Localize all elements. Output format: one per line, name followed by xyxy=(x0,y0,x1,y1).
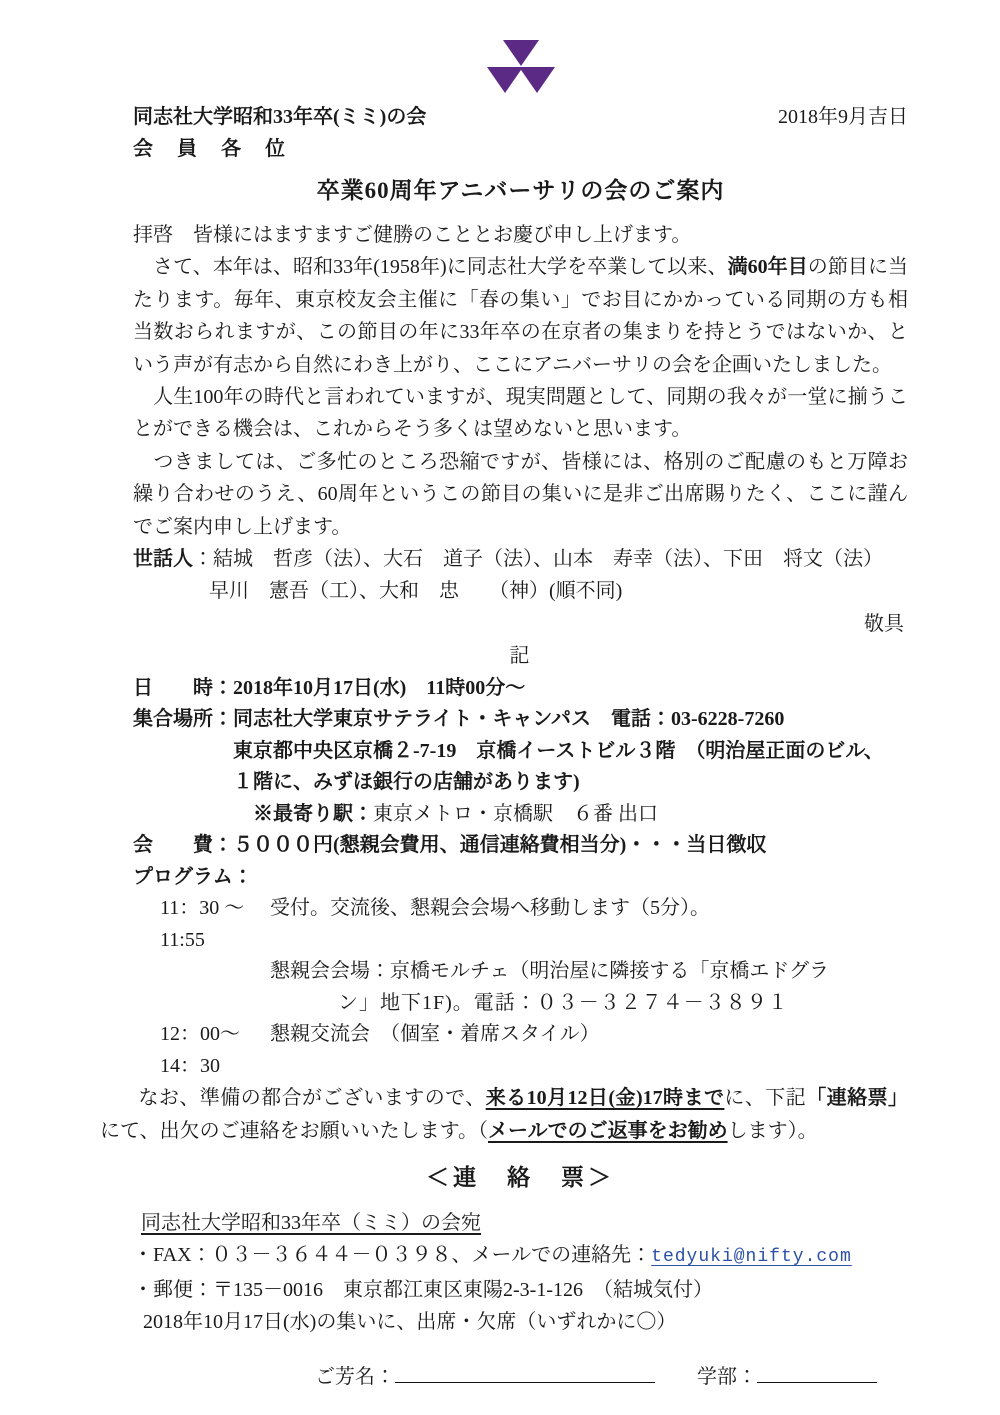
organizers-line-1: 世話人：結城 哲彦（法）、大石 道子（法）、山本 寿幸（法）、下田 将文（法） xyxy=(133,543,908,575)
detail-datetime: 日 時：2018年10月17日(水) 11時00分～ xyxy=(133,673,908,705)
doshisha-triangles-logo-icon xyxy=(487,40,555,93)
program-row-party: 12：00～14：30 懇親交流会 （個室・着席スタイル） xyxy=(133,1019,908,1082)
triangle-top-icon xyxy=(503,40,539,66)
contact-postal-line: ・郵便：〒135－0016 東京都江東区東陽2-3-1-126 （結城気付） xyxy=(133,1274,908,1306)
document-date: 2018年9月吉日 xyxy=(778,101,908,133)
contact-addressed-to-text: 同志社大学昭和33年卒（ミミ）の会宛 xyxy=(141,1212,481,1234)
program-row-reception: 11：30 ～ 11:55 受付。交流後、懇親会会場へ移動します（5分）。 xyxy=(133,893,908,956)
program-time-1: 11：30 ～ 11:55 xyxy=(160,893,270,956)
contact-fax-email-line: ・FAX：０３－３６４４－０３９８、メールでの連絡先：tedyuki@nifty… xyxy=(133,1239,908,1273)
paragraph-invitation-request: つきましては、ご多忙のところ恐縮ですが、皆様には、格別のご配慮のもと万障お繰り合… xyxy=(133,446,908,543)
detail-address-line-1: 東京都中央区京橋２-7-19 京橋イーストビル３階 （明治屋正面のビル、 xyxy=(133,736,908,768)
paragraph-life-100: 人生100年の時代と言われていますが、現実問題として、同期の我々が一堂に揃うこと… xyxy=(133,381,908,446)
sender-org: 同志社大学昭和33年卒(ミミ)の会 xyxy=(133,101,426,133)
greeting-paragraph: 拝啓 皆様にはますますご健勝のこととお慶び申し上げます。 xyxy=(133,219,908,251)
attendance-choice-line: 2018年10月17日(水)の集いに、出席・欠席（いずれかに〇） xyxy=(133,1306,908,1338)
program-schedule: 11：30 ～ 11:55 受付。交流後、懇親会会場へ移動します（5分）。 懇親… xyxy=(133,893,908,1082)
page-title: 卒業60周年アニバーサリの会のご案内 xyxy=(133,173,908,209)
program-time-2: 12：00～14：30 xyxy=(160,1019,270,1082)
header: 同志社大学昭和33年卒(ミミ)の会 2018年9月吉日 xyxy=(133,101,908,133)
contact-sheet-heading: ＜連 絡 票＞ xyxy=(133,1159,908,1197)
paragraph-anniversary: さて、本年は、昭和33年(1958年)に同志社大学を卒業して以来、満60年目の節… xyxy=(133,251,908,381)
event-details: 日 時：2018年10月17日(水) 11時00分～ 集合場所：同志社大学東京サ… xyxy=(133,673,908,894)
contact-addressed-to: 同志社大学昭和33年卒（ミミ）の会宛 xyxy=(133,1207,908,1239)
detail-address-line-2: １階に、みずほ銀行の店舗があります) xyxy=(133,767,908,799)
contact-sheet: 同志社大学昭和33年卒（ミミ）の会宛 ・FAX：０３－３６４４－０３９８、メール… xyxy=(133,1207,908,1339)
addressee: 会 員 各 位 xyxy=(133,133,908,165)
email-link[interactable]: tedyuki@nifty.com xyxy=(651,1247,852,1267)
triangle-left-icon xyxy=(487,67,523,93)
program-venue-line-1: 懇親会会場：京橋モルチェ（明治屋に隣接する「京橋エドグラ xyxy=(133,956,908,988)
detail-program-label: プログラム： xyxy=(133,862,908,894)
detail-nearest-station: ※最寄り駅：東京メトロ・京橋駅 ６番 出口 xyxy=(133,799,908,831)
organizers-line-2: 早川 憲吾（工）、大和 忠 （神）(順不同) xyxy=(133,575,908,607)
program-desc-1: 受付。交流後、懇親会会場へ移動します（5分）。 xyxy=(270,893,908,956)
triangle-right-icon xyxy=(519,67,555,93)
detail-fee: 会 費：５０００円(懇親会費用、通信連絡費相当分)・・・当日徴収 xyxy=(133,830,908,862)
name-label: ご芳名： xyxy=(315,1366,395,1388)
record-marker-ki: 記 xyxy=(133,640,908,672)
document-page: 同志社大学昭和33年卒(ミミ)の会 2018年9月吉日 会 員 各 位 卒業60… xyxy=(0,0,1000,1415)
department-blank-field xyxy=(757,1362,877,1383)
program-venue-line-2: ン」地下1F)。電話：０３－３２７４－３８９１ xyxy=(133,988,908,1020)
program-desc-2: 懇親交流会 （個室・着席スタイル） xyxy=(270,1019,908,1082)
name-blank-field xyxy=(395,1362,655,1383)
department-label: 学部： xyxy=(697,1366,757,1388)
detail-meeting-place: 集合場所：同志社大学東京サテライト・キャンパス 電話：03-6228-7260 xyxy=(133,704,908,736)
closing-keigu: 敬具 xyxy=(133,608,908,640)
rsvp-deadline-paragraph: なお、準備の都合がございますので、来る10月12日(金)17時までに、下記「連絡… xyxy=(100,1082,908,1147)
signature-row: ご芳名：学部： xyxy=(133,1361,908,1393)
